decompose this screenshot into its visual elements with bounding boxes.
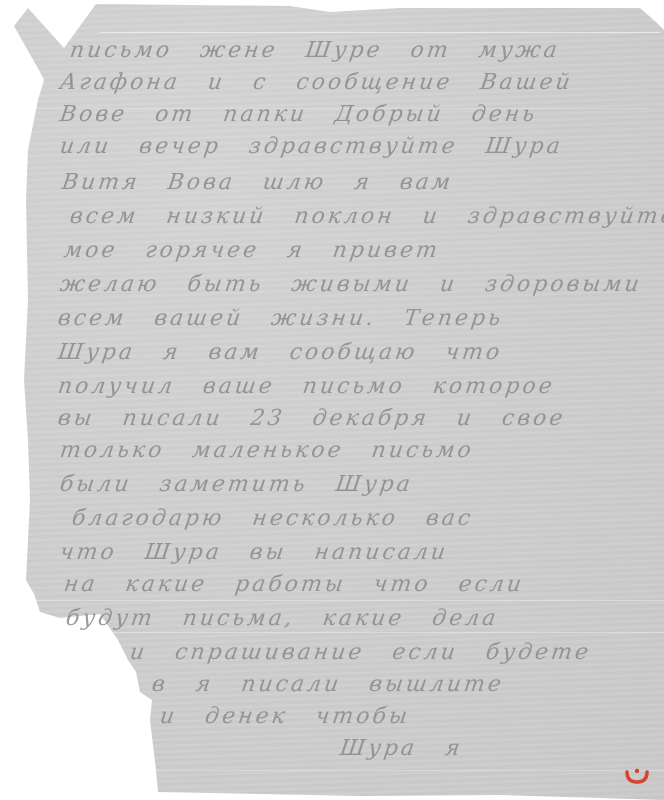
letter-line: мое горячее я привет xyxy=(62,238,441,263)
letter-line: Агафона и с сообщение Вашей xyxy=(58,70,574,95)
letter-line: благодарю несколько вас xyxy=(70,506,475,531)
letter-line: Шура я вам сообщаю что xyxy=(56,340,504,365)
letter-line: всем вашей жизни. Теперь xyxy=(56,306,505,331)
handwritten-text: письмо жене Шуре от мужа Агафона и с соо… xyxy=(0,0,664,800)
red-logo-icon xyxy=(624,764,650,786)
letter-line: письмо жене Шуре от мужа xyxy=(68,38,561,63)
letter-line: были заметить Шура xyxy=(58,472,414,497)
letter-line: получил ваше письмо которое xyxy=(56,374,556,399)
letter-line: на какие работы что если xyxy=(62,572,526,597)
letter-line: желаю быть живыми и здоровыми xyxy=(58,272,643,297)
letter-line: Шура я xyxy=(338,736,464,761)
letter-line: и спрашивание если будете xyxy=(128,640,593,665)
scanned-letter: письмо жене Шуре от мужа Агафона и с соо… xyxy=(0,0,664,800)
letter-line: в я писали вышлите xyxy=(150,672,505,697)
letter-line: и денек чтобы xyxy=(158,704,411,729)
letter-line: вы писали 23 декабря и свое xyxy=(56,406,567,431)
letter-line: будут письма, какие дела xyxy=(64,606,500,631)
letter-line: или вечер здравствуйте Шура xyxy=(58,134,564,159)
letter-line: всем низкий поклон и здравствуйте xyxy=(68,204,664,229)
letter-line: Витя Вова шлю я вам xyxy=(60,170,455,195)
letter-line: что Шура вы написали xyxy=(58,540,450,565)
letter-line: только маленькое письмо xyxy=(58,438,475,463)
letter-line: Вове от папки Добрый день xyxy=(58,102,539,127)
